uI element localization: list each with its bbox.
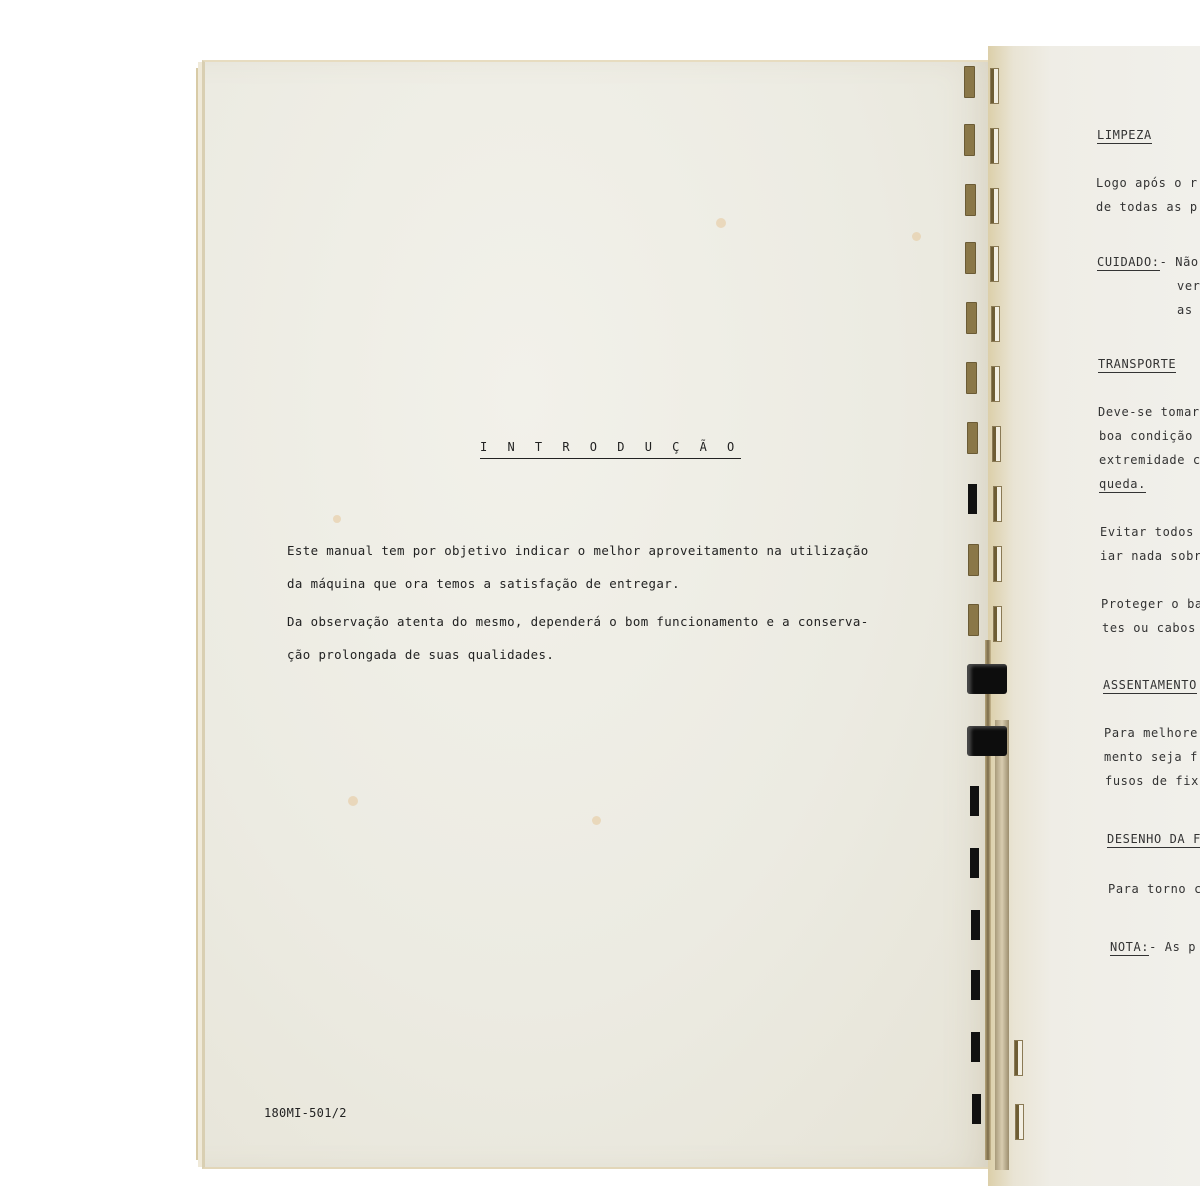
binding-hole — [967, 422, 978, 454]
paper-stain — [348, 796, 358, 806]
text-line: extremidade c — [1099, 453, 1200, 467]
paper-stain — [592, 816, 601, 825]
binding-hole — [1014, 1040, 1023, 1076]
section-title-transporte: TRANSPORTE — [1098, 357, 1176, 373]
binding-ring — [967, 726, 1007, 756]
right-page — [988, 46, 1200, 1186]
text-line: Para torno c — [1108, 882, 1200, 896]
binding-hole — [990, 246, 999, 282]
text-line: Proteger o ba — [1101, 597, 1200, 611]
binding-hole — [965, 242, 976, 274]
document-code: 180MI-501/2 — [264, 1106, 347, 1120]
paper-stain — [333, 515, 341, 523]
text-line: de todas as p — [1096, 200, 1198, 214]
binding-hole — [990, 68, 999, 104]
binding-hole — [964, 66, 975, 98]
binding-hole — [970, 848, 979, 878]
paragraph-line: Este manual tem por objetivo indicar o m… — [287, 543, 869, 558]
binding-hole — [991, 366, 1000, 402]
binding-hole — [993, 606, 1002, 642]
section-title-desenho: DESENHO DA F — [1107, 832, 1200, 848]
paper-stain — [716, 218, 726, 228]
text-fragment: - Não — [1160, 255, 1199, 269]
text-fragment: - As p — [1149, 940, 1196, 954]
text-line: iar nada sobr — [1100, 549, 1200, 563]
text-line: ver — [1177, 279, 1200, 293]
text-line: Para melhore — [1104, 726, 1198, 740]
binding-hole — [966, 362, 977, 394]
binding-hole — [964, 124, 975, 156]
cuidado-line: CUIDADO:- Não — [1097, 255, 1199, 269]
section-title-assentamento: ASSENTAMENTO — [1103, 678, 1197, 694]
paper-stain — [912, 232, 921, 241]
text-line: tes ou cabos — [1102, 621, 1196, 635]
binding-hole — [968, 544, 979, 576]
section-title-limpeza: LIMPEZA — [1097, 128, 1152, 144]
binding-hole — [970, 786, 979, 816]
section-title-cuidado: CUIDADO: — [1097, 255, 1160, 271]
text-line: Evitar todos — [1100, 525, 1194, 539]
binding-hole — [966, 302, 977, 334]
text-line: mento seja f — [1104, 750, 1198, 764]
section-title-nota: NOTA: — [1110, 940, 1149, 956]
text-line: Deve-se tomar — [1098, 405, 1200, 419]
binding-hole — [965, 184, 976, 216]
spiral-spine — [985, 640, 991, 1160]
nota-line: NOTA:- As p — [1110, 940, 1196, 954]
binding-hole — [993, 546, 1002, 582]
binding-hole — [991, 306, 1000, 342]
text-line: queda. — [1099, 477, 1146, 493]
binding-hole — [971, 1032, 980, 1062]
binding-hole — [993, 486, 1002, 522]
text-line: as — [1177, 303, 1193, 317]
page-title: I N T R O D U Ç Ã O — [480, 440, 741, 459]
binding-ring — [967, 664, 1007, 694]
text-line: Logo após o r — [1096, 176, 1198, 190]
binding-hole — [971, 970, 980, 1000]
text-line: boa condição — [1099, 429, 1193, 443]
binding-hole — [968, 604, 979, 636]
paragraph-line: da máquina que ora temos a satisfação de… — [287, 576, 680, 591]
binding-hole — [990, 128, 999, 164]
binding-hole — [968, 484, 977, 514]
paragraph-line: ção prolongada de suas qualidades. — [287, 647, 554, 662]
binding-hole — [1015, 1104, 1024, 1140]
text-line: fusos de fix — [1105, 774, 1199, 788]
paragraph-line: Da observação atenta do mesmo, dependerá… — [287, 614, 869, 629]
binding-hole — [971, 910, 980, 940]
binding-hole — [990, 188, 999, 224]
page-stack-edge — [995, 720, 1009, 1170]
binding-hole — [992, 426, 1001, 462]
binding-hole — [972, 1094, 981, 1124]
